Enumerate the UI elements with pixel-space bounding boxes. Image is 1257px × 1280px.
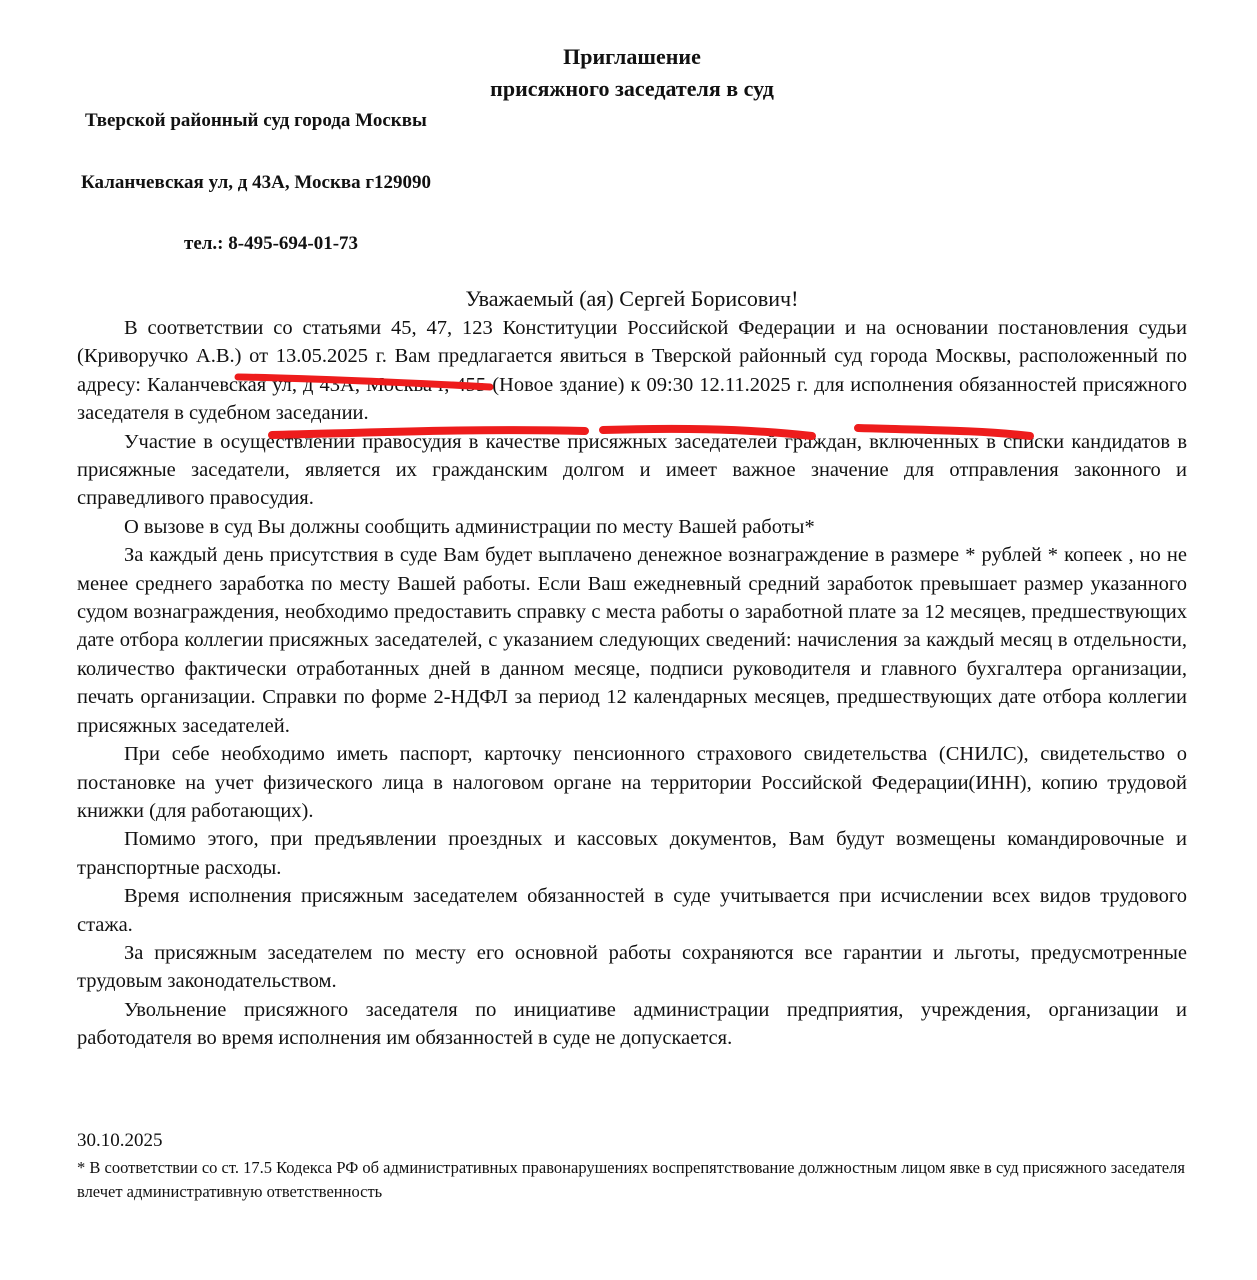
paragraph: В соответствии со статьями 45, 47, 123 К… <box>77 314 1187 428</box>
document-page: Приглашение присяжного заседателя в суд … <box>0 0 1257 1280</box>
document-title: Приглашение <box>0 44 1257 70</box>
letter-body: В соответствии со статьями 45, 47, 123 К… <box>77 314 1187 1053</box>
paragraph: Увольнение присяжного заседателя по иниц… <box>77 996 1187 1053</box>
court-phone: тел.: 8-495-694-01-73 <box>184 233 358 255</box>
greeting: Уважаемый (ая) Сергей Борисович! <box>0 286 1257 312</box>
paragraph: При себе необходимо иметь паспорт, карто… <box>77 740 1187 825</box>
paragraph: За каждый день присутствия в суде Вам бу… <box>77 541 1187 740</box>
document-date: 30.10.2025 <box>77 1130 163 1152</box>
court-name: Тверской районный суд города Москвы <box>85 110 427 132</box>
paragraph: За присяжным заседателем по месту его ос… <box>77 939 1187 996</box>
paragraph: О вызове в суд Вы должны сообщить админи… <box>77 513 1187 541</box>
paragraph: Помимо этого, при предъявлении проездных… <box>77 825 1187 882</box>
paragraph: Время исполнения присяжным заседателем о… <box>77 882 1187 939</box>
document-subtitle: присяжного заседателя в суд <box>0 76 1257 102</box>
court-address: Каланчевская ул, д 43А, Москва г129090 <box>81 172 431 194</box>
footnote: * В соответствии со ст. 17.5 Кодекса РФ … <box>77 1156 1187 1204</box>
paragraph: Участие в осуществлении правосудия в кач… <box>77 428 1187 513</box>
